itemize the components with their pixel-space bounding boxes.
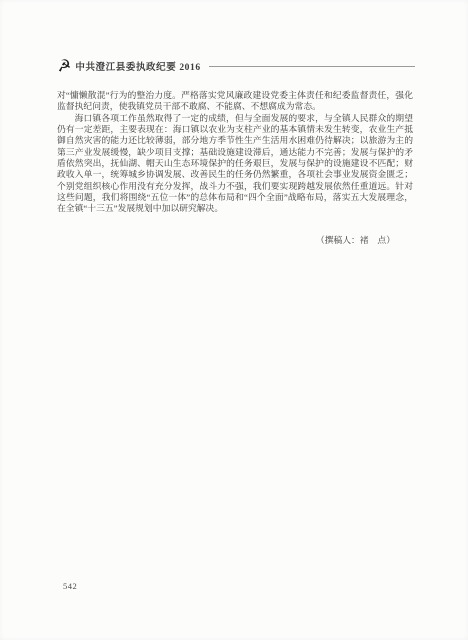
paragraph-continuation: 对“慵懒散混”行为的整治力度。严格落实党风廉政建设党委主体责任和纪委监督责任，强… [57,90,413,113]
page-number: 542 [63,581,77,591]
paragraph-summary: 海口镇各项工作虽然取得了一定的成绩，但与全面发展的要求，与全镇人民群众的期望仍有… [57,113,413,215]
document-page: ☭ 中共澄江县委执政纪要 2016 对“慵懒散混”行为的整治力度。严格落实党风廉… [0,0,468,640]
hammer-and-sickle-icon: ☭ [56,57,72,75]
body-text: 对“慵懒散混”行为的整治力度。严格落实党风廉政建设党委主体责任和纪委监督责任，强… [57,90,413,246]
page-header: ☭ 中共澄江县委执政纪要 2016 [57,56,415,76]
header-rule [209,66,415,67]
header-title: 中共澄江县委执政纪要 2016 [75,59,200,73]
byline: （撰稿人：褚 点） [57,235,413,246]
